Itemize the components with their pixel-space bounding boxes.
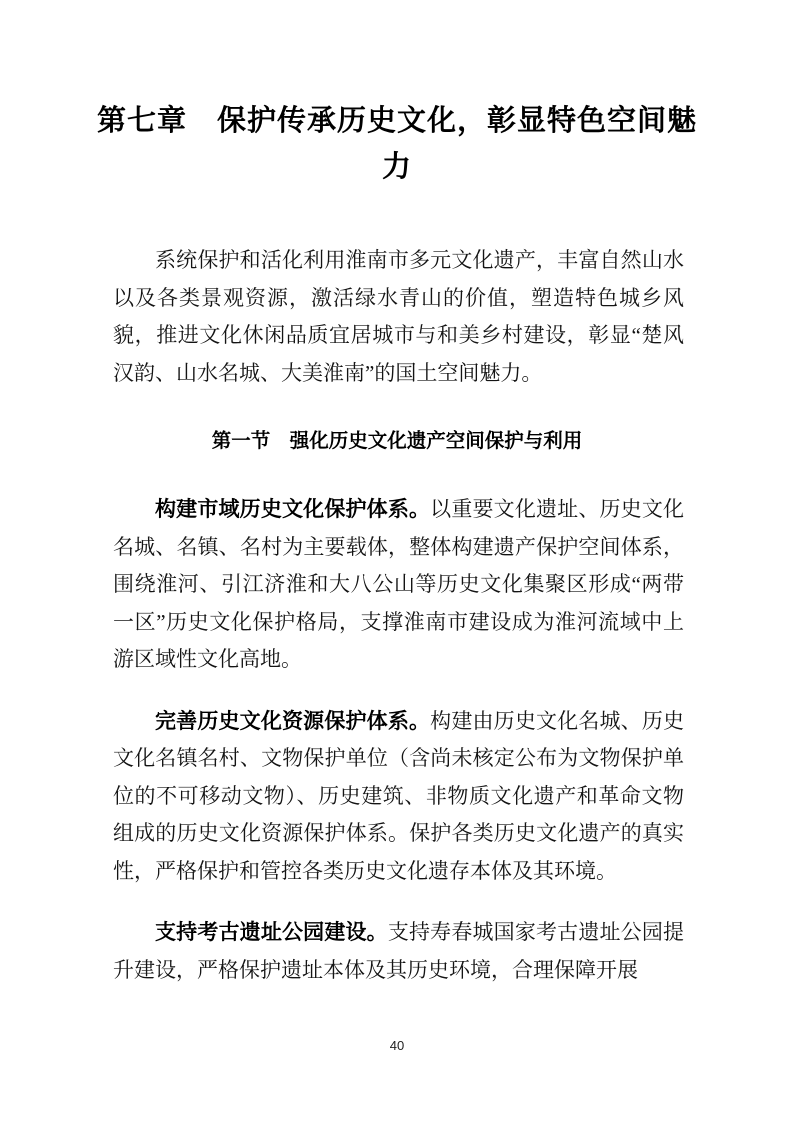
paragraph-3-lead: 支持考古遗址公园建设。 [155, 920, 388, 944]
paragraph-2: 完善历史文化资源保护体系。构建由历史文化名城、历史文化名镇名村、文物保护单位（含… [113, 703, 684, 891]
chapter-title: 第七章 保护传承历史文化，彰显特色空间魅力 [95, 98, 699, 190]
intro-paragraph: 系统保护和活化利用淮南市多元文化遗产，丰富自然山水以及各类景观资源，激活绿水青山… [113, 242, 684, 392]
document-page: 第七章 保护传承历史文化，彰显特色空间魅力 系统保护和活化利用淮南市多元文化遗产… [0, 0, 794, 1122]
section-heading: 第一节 强化历史文化遗产空间保护与利用 [100, 428, 694, 455]
paragraph-1-lead: 构建市域历史文化保护体系。 [155, 497, 430, 521]
paragraph-2-body: 构建由历史文化名城、历史文化名镇名村、文物保护单位（含尚未核定公布为文物保护单位… [113, 709, 684, 883]
page-number: 40 [0, 1038, 794, 1053]
paragraph-3: 支持考古遗址公园建设。支持寿春城国家考古遗址公园提升建设，严格保护遗址本体及其历… [113, 914, 684, 989]
paragraph-1: 构建市域历史文化保护体系。以重要文化遗址、历史文化名城、名镇、名村为主要载体，整… [113, 491, 684, 679]
paragraph-2-lead: 完善历史文化资源保护体系。 [155, 709, 430, 733]
paragraph-1-body: 以重要文化遗址、历史文化名城、名镇、名村为主要载体，整体构建遗产保护空间体系，围… [113, 497, 684, 671]
